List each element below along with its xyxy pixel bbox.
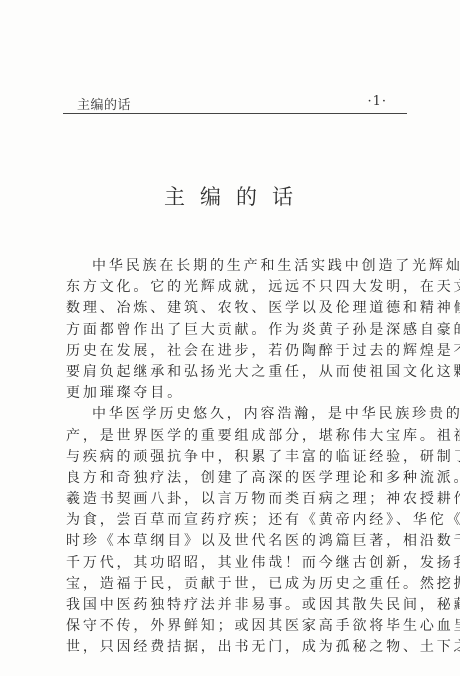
- text-line: 世，只因经费拮据，出书无门，成为孤秘之物、土下之金，难为: [66, 637, 411, 658]
- text-line: 宝，造福于民，贡献于世，已成为历史之重任。然挖掘整理出版: [66, 574, 411, 595]
- text-line: 为食，尝百草而宣药疗疾；还有《黄帝内经》、华佗《麻沸散》、李: [66, 510, 411, 531]
- text-line: 与疾病的顽强抗争中，积累了丰富的临证经验，研制了无数的: [66, 447, 411, 468]
- page-number: ·1·: [367, 94, 387, 109]
- text-line: 我国中医药独特疗法并非易事。或因其散失民间，秘藏石室，: [66, 595, 411, 616]
- header-rule: [63, 113, 407, 114]
- text-line: 产，是世界医学的重要组成部分，堪称伟大宝库。祖祖辈辈在: [66, 426, 411, 447]
- chapter-title: 主编的话: [0, 181, 460, 211]
- running-header: 主编的话 ·1·: [63, 92, 407, 112]
- text-line: 时珍《本草纲目》以及世代名医的鸿篇巨著，相沿数千载，造福: [66, 531, 411, 552]
- book-page: 主编的话 ·1· 主编的话 中华民族在长期的生产和生活实践中创造了光辉灿烂的 东…: [0, 0, 460, 676]
- text-line: 中华医学历史悠久，内容浩瀚，是中华民族珍贵的文化遗: [66, 404, 411, 425]
- body-text: 中华民族在长期的生产和生活实践中创造了光辉灿烂的 东方文化。它的光辉成就，远远不…: [66, 256, 411, 659]
- paragraph-1: 中华民族在长期的生产和生活实践中创造了光辉灿烂的 东方文化。它的光辉成就，远远不…: [66, 256, 411, 404]
- text-line: 千万代，其功昭昭，其业伟哉！而今继古创新，发扬我民族之瑰: [66, 553, 411, 574]
- text-line: 数理、冶炼、建筑、农牧、医学以及伦理道德和精神修养等诸多: [66, 298, 411, 319]
- text-line: 中华民族在长期的生产和生活实践中创造了光辉灿烂的: [66, 256, 411, 277]
- paragraph-2: 中华医学历史悠久，内容浩瀚，是中华民族珍贵的文化遗 产，是世界医学的重要组成部分…: [66, 404, 411, 658]
- text-line: 要肩负起继承和弘扬光大之重任，从而使祖国文化这颗明珠: [66, 362, 411, 383]
- text-line: 历史在发展，社会在进步，若仍陶醉于过去的辉煌是不行的，: [66, 341, 411, 362]
- text-line: 方面都曾作出了巨大贡献。作为炎黄子孙是深感自豪的。然: [66, 320, 411, 341]
- text-line: 更加璀璨夺目。: [66, 383, 411, 404]
- text-line: 保守不传，外界鲜知；或因其医家高手欲将毕生心血呈现于: [66, 616, 411, 637]
- text-line: 良方和奇独疗法，创建了高深的医学理论和多种流派。上古伏: [66, 468, 411, 489]
- text-line: 东方文化。它的光辉成就，远远不只四大发明，在天文、气象、: [66, 277, 411, 298]
- running-header-title: 主编的话: [77, 94, 131, 113]
- text-line: 羲造书契画八卦，以言万物而类百病之理；神农授耕作得五谷: [66, 489, 411, 510]
